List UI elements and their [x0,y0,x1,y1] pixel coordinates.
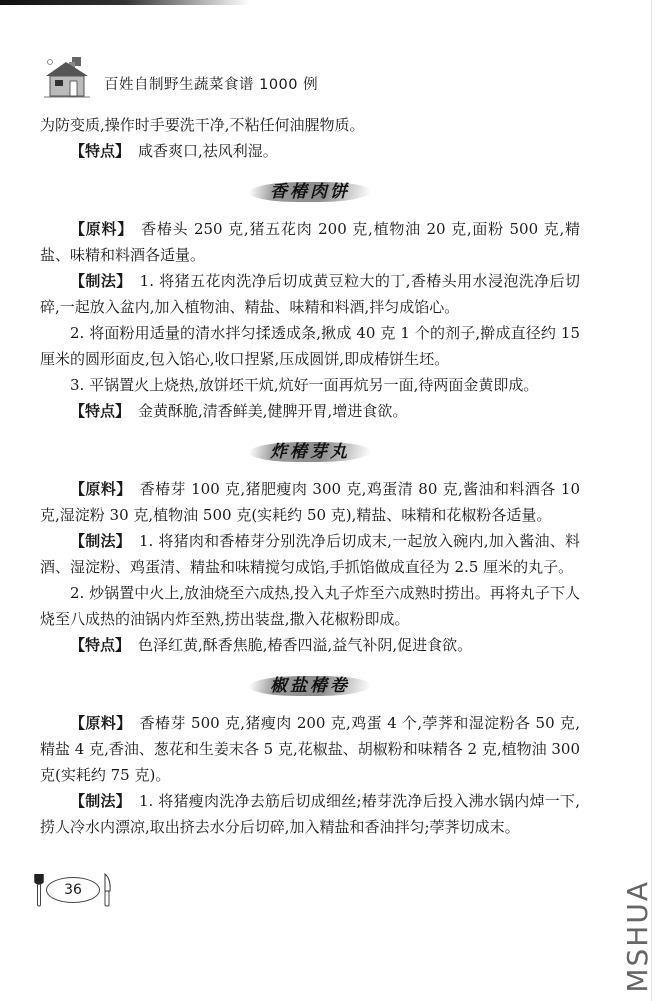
recipe-3-ingredients: 【原料】香椿芽 500 克,猪瘦肉 200 克,鸡蛋 4 个,荸荠和湿淀粉各 5… [40,710,580,788]
book-title: 百姓自制野生蔬菜食谱 1000 例 [104,73,318,94]
feature-label: 【特点】 [70,402,130,420]
feature-text: 咸香爽口,祛风利湿。 [138,142,278,160]
recipe-title-1: 香椿肉饼 [40,170,580,214]
brush-stroke-banner: 椒盐椿卷 [249,670,371,702]
recipe-3-step-1: 【制法】1. 将猪瘦肉洗净去筋后切成细丝;椿芽洗净后投入沸水锅内焯一下,捞人冷水… [40,788,580,840]
recipe-2-step-2: 2. 炒锅置中火上,放油烧至六成热,投入丸子炸至六成熟时捞出。再将丸子下人烧至八… [40,580,580,632]
ingredients-label: 【原料】 [70,220,133,238]
method-label: 【制法】 [70,792,131,810]
feature-label: 【特点】 [70,636,130,654]
feature-label: 【特点】 [70,142,130,160]
recipe-2-ingredients: 【原料】香椿芽 100 克,猪肥瘦肉 300 克,鸡蛋清 80 克,酱油和料酒各… [40,476,580,528]
recipe-2-step-1: 【制法】1. 将猪肉和香椿芽分别洗净后切成末,一起放入碗内,加入酱油、料酒、湿淀… [40,528,580,580]
watermark: MSHUA [621,880,654,993]
page-header: 百姓自制野生蔬菜食谱 1000 例 [42,52,318,100]
brush-stroke-banner: 香椿肉饼 [249,176,371,208]
recipe-1-ingredients: 【原料】香椿头 250 克,猪五花肉 200 克,植物油 20 克,面粉 500… [40,216,580,268]
knife-icon [102,873,112,907]
page-number: 36 [46,877,100,903]
recipe-1-feature: 【特点】金黄酥脆,清香鲜美,健脾开胃,增进食欲。 [40,398,580,424]
recipe-1-step-3: 3. 平锅置火上烧热,放饼坯干炕,炕好一面再炕另一面,待两面金黄即成。 [40,372,580,398]
page-edge-shadow [0,0,250,5]
recipe-2-feature: 【特点】色泽红黄,酥香焦脆,椿香四溢,益气补阴,促进食欲。 [40,632,580,658]
ingredients-label: 【原料】 [70,480,132,498]
intro-feature: 【特点】咸香爽口,祛风利湿。 [40,138,580,164]
method-label: 【制法】 [70,272,132,290]
recipe-title-3: 椒盐椿卷 [40,664,580,708]
recipe-1-step-2: 2. 将面粉用适量的清水拌匀揉透成条,揪成 40 克 1 个的剂子,擀成直径约 … [40,320,580,372]
ingredients-label: 【原料】 [70,714,132,732]
page-edge-line [651,0,652,1001]
house-icon [42,54,94,100]
recipe-title-2: 炸椿芽丸 [40,430,580,474]
continued-paragraph: 为防变质,操作时手要洗干净,不粘任何油腥物质。 [40,112,580,138]
feature-text: 色泽红黄,酥香焦脆,椿香四溢,益气补阴,促进食欲。 [138,636,472,654]
page-footer: 36 [34,873,112,907]
fork-icon [34,873,44,907]
brush-stroke-banner: 炸椿芽丸 [249,436,371,468]
method-label: 【制法】 [70,532,131,550]
recipe-1-step-1: 【制法】1. 将猪五花肉洗净后切成黄豆粒大的丁,香椿头用水浸泡洗净后切碎,一起放… [40,268,580,320]
page-content: 为防变质,操作时手要洗干净,不粘任何油腥物质。 【特点】咸香爽口,祛风利湿。 香… [40,112,580,840]
feature-text: 金黄酥脆,清香鲜美,健脾开胃,增进食欲。 [138,402,407,420]
